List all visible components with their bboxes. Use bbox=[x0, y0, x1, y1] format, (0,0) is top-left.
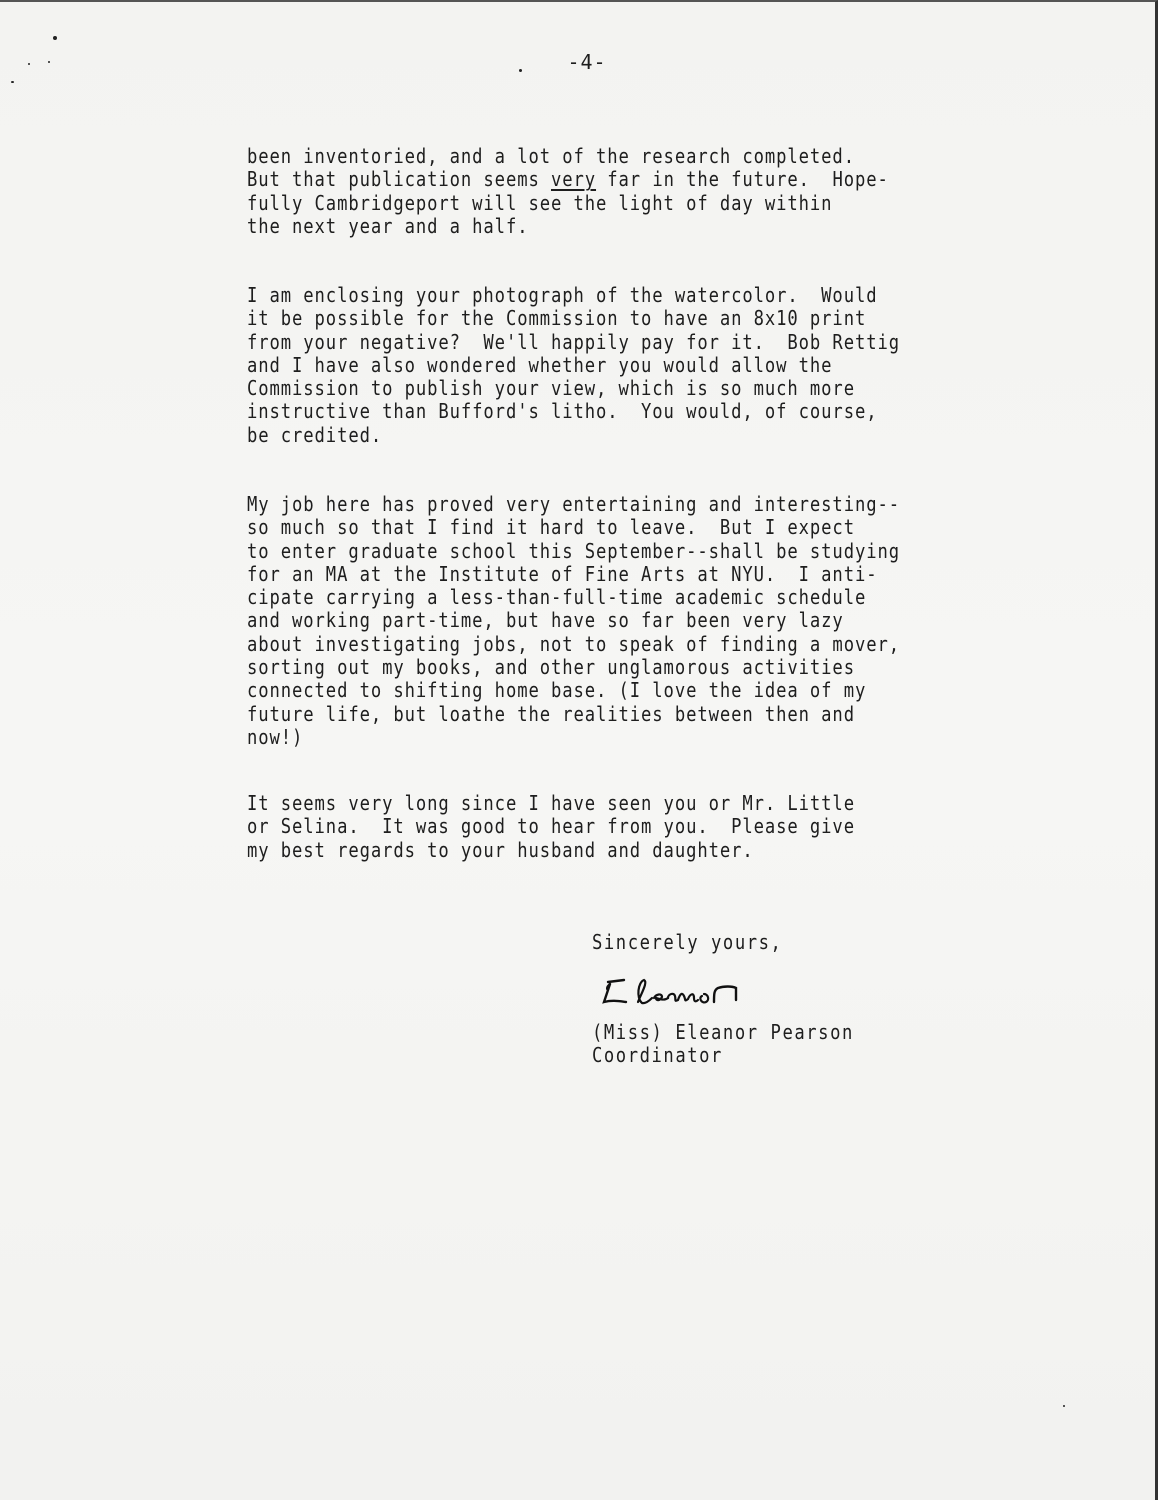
handwritten-signature: Eleanor bbox=[598, 972, 828, 1022]
signer-title: Coordinator bbox=[592, 1044, 723, 1067]
closing: Sincerely yours, bbox=[592, 931, 782, 954]
page-number: -4- bbox=[0, 50, 1158, 74]
underlined-word: very bbox=[551, 167, 596, 191]
paper-speck bbox=[1063, 1405, 1065, 1407]
paper-speck bbox=[11, 81, 14, 83]
paragraph: My job here has proved very entertaining… bbox=[247, 493, 900, 749]
letter-page: -4- been inventoried, and a lot of the r… bbox=[0, 0, 1158, 1500]
paragraph: I am enclosing your photograph of the wa… bbox=[247, 284, 900, 447]
paper-speck bbox=[53, 36, 57, 40]
signer-name: (Miss) Eleanor Pearson bbox=[592, 1021, 854, 1044]
paragraph: been inventoried, and a lot of the resea… bbox=[247, 145, 889, 238]
page-number-text: -4- bbox=[567, 50, 606, 74]
paragraph: It seems very long since I have seen you… bbox=[247, 792, 855, 862]
